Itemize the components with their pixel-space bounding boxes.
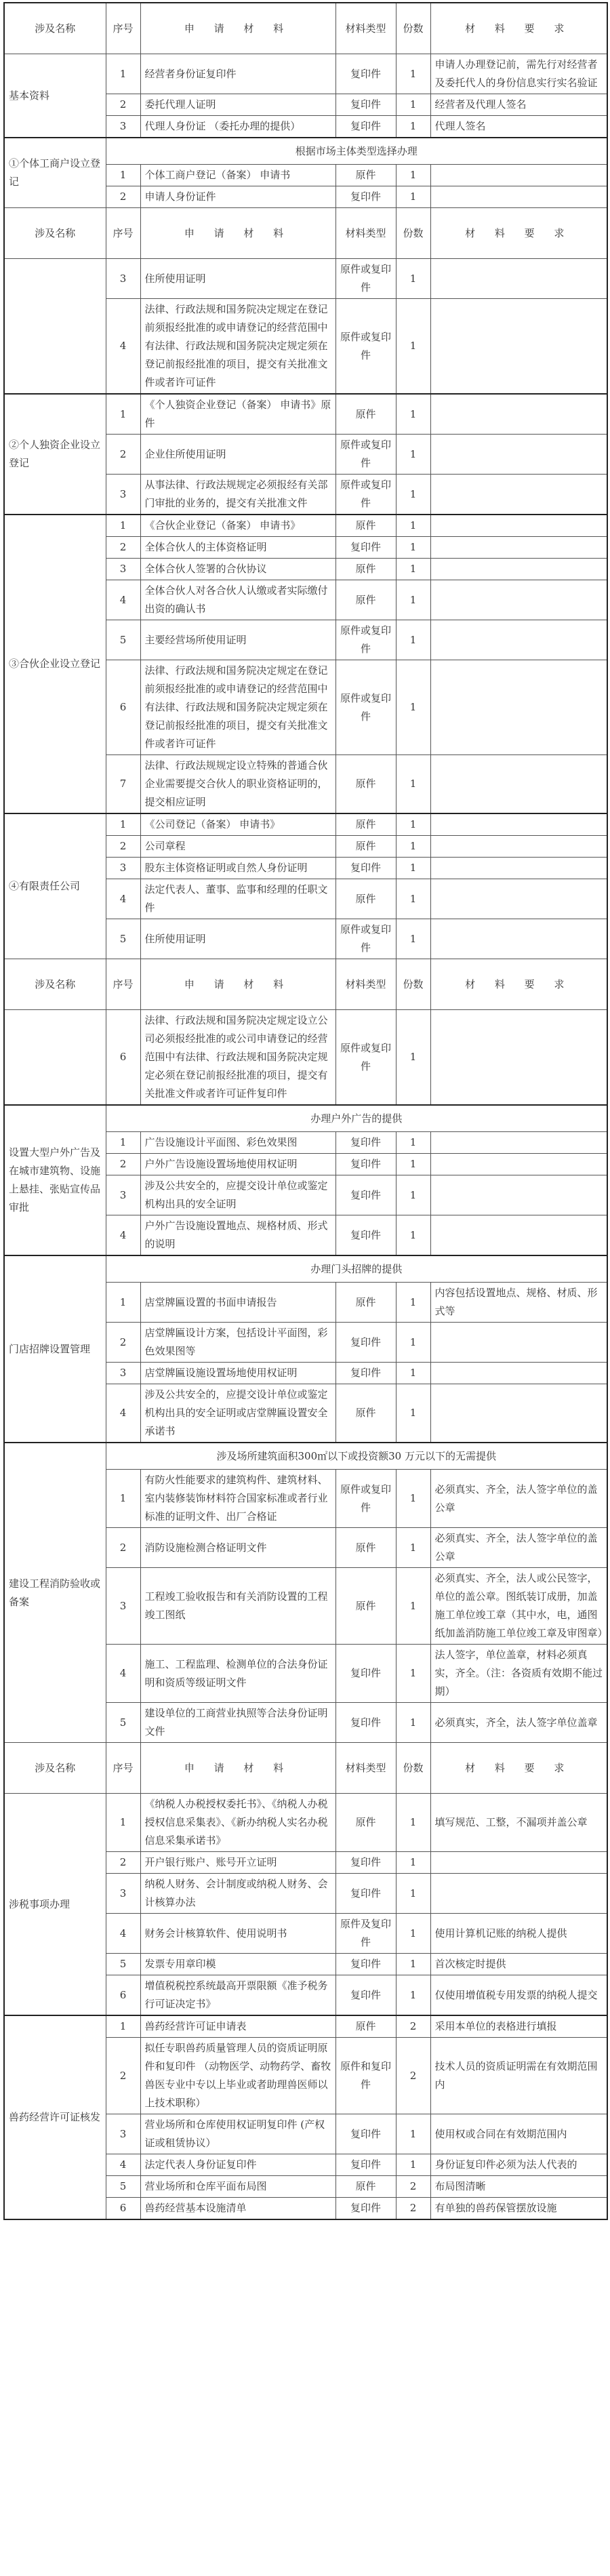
row-number: 2 <box>106 186 140 208</box>
row-number: 2 <box>106 1323 140 1363</box>
section-note: 根据市场主体类型选择办理 <box>106 138 607 165</box>
material-requirement: 采用本单位的表格进行填报 <box>430 2015 607 2038</box>
row-number: 2 <box>106 435 140 475</box>
material-type: 复印件 <box>335 186 396 208</box>
row-number: 1 <box>106 1283 140 1323</box>
row-number: 6 <box>106 1010 140 1106</box>
copy-count: 2 <box>396 2038 430 2114</box>
copy-count: 1 <box>396 1175 430 1215</box>
material-name: 代理人身份证 （委托办理的提供） <box>140 116 335 138</box>
material-requirement <box>430 1132 607 1154</box>
section-name-blank <box>4 259 106 395</box>
material-type: 原件及复印件 <box>335 1914 396 1954</box>
row-number: 1 <box>106 165 140 186</box>
copy-count: 1 <box>396 580 430 620</box>
material-requirement: 必须真实、齐全，法人签字单位的盖公章 <box>430 1470 607 1528</box>
row-number: 3 <box>106 559 140 580</box>
row-number: 3 <box>106 1363 140 1384</box>
row-number: 3 <box>106 2114 140 2154</box>
table-row: 3住所使用证明原件或复印件1 <box>4 259 607 299</box>
material-name: 发票专用章印模 <box>140 1954 335 1975</box>
material-type: 复印件 <box>335 1175 396 1215</box>
material-name: 户外广告设施设置地点、规格材质、形式的说明 <box>140 1215 335 1256</box>
row-number: 2 <box>106 836 140 858</box>
row-number: 2 <box>106 94 140 116</box>
material-requirement: 必须真实、齐全，法人或公民签字，单位的盖公章。图纸装订成册，加盖施工单位竣工章（… <box>430 1568 607 1645</box>
row-number: 2 <box>106 2038 140 2114</box>
copy-count: 1 <box>396 54 430 94</box>
material-requirement <box>430 858 607 879</box>
section-note-row: 门店招牌设置管理办理门头招牌的提供 <box>4 1255 607 1283</box>
material-name: 财务会计核算软件、使用说明书 <box>140 1914 335 1954</box>
material-requirement: 经营者及代理人签名 <box>430 94 607 116</box>
material-type: 复印件 <box>335 858 396 879</box>
copy-count: 1 <box>396 1283 430 1323</box>
material-requirement <box>430 580 607 620</box>
material-type: 原件或复印件 <box>335 919 396 959</box>
row-number: 6 <box>106 1975 140 2016</box>
material-name: 营业场所和仓库使用权证明复印件 (产权证或租赁协议） <box>140 2114 335 2154</box>
material-name: 《纳税人办税授权委托书》、《纳税人办税授权信息采集表》、《新办纳税人实名办税信息… <box>140 1794 335 1852</box>
material-type: 原件或复印件 <box>335 620 396 660</box>
header-material: 申 请 材 料 <box>140 959 335 1010</box>
material-requirement: 必须真实、齐全，法人签字单位的盖公章 <box>430 1528 607 1568</box>
material-requirement: 有单独的兽药保管摆放设施 <box>430 2198 607 2220</box>
row-number: 3 <box>106 1874 140 1914</box>
material-name: 个体工商户登记（备案） 申请书 <box>140 165 335 186</box>
material-name: 有防火性能要求的建筑构件、建筑材料、室内装修装饰材料符合国家标准或者行业标准的证… <box>140 1470 335 1528</box>
material-requirement: 填写规范、工整，不漏项并盖公章 <box>430 1794 607 1852</box>
material-type: 原件或复印件 <box>335 1470 396 1528</box>
row-number: 6 <box>106 660 140 755</box>
material-type: 复印件 <box>335 1154 396 1175</box>
material-type: 复印件 <box>335 1132 396 1154</box>
material-type: 原件 <box>335 165 396 186</box>
row-number: 1 <box>106 515 140 537</box>
table-row: ②个人独资企业设立登记1《个人独资企业登记（备案） 申请书》原件原件1 <box>4 394 607 435</box>
table-header-row: 涉及名称 序号 申 请 材 料 材料类型 份数 材 料 要 求 <box>4 208 607 259</box>
header-type: 材料类型 <box>335 959 396 1010</box>
material-name: 纳税人财务、会计制度或纳税人财务、会计核算办法 <box>140 1874 335 1914</box>
section-name: 门店招牌设置管理 <box>4 1255 106 1443</box>
copy-count: 1 <box>396 1215 430 1256</box>
material-type: 复印件 <box>335 1954 396 1975</box>
table-row: 基本资料1经营者身份证复印件复印件1申请人办理登记前，需先行对经营者及委托代人的… <box>4 54 607 94</box>
material-requirement <box>430 1215 607 1256</box>
row-number: 4 <box>106 580 140 620</box>
row-number: 3 <box>106 116 140 138</box>
header-name: 涉及名称 <box>4 1743 106 1794</box>
row-number: 3 <box>106 1568 140 1645</box>
material-requirement <box>430 1852 607 1874</box>
material-requirement <box>430 620 607 660</box>
row-number: 1 <box>106 394 140 435</box>
material-name: 《合伙企业登记（备案） 申请书》 <box>140 515 335 537</box>
material-name: 《个人独资企业登记（备案） 申请书》原件 <box>140 394 335 435</box>
material-requirement <box>430 186 607 208</box>
material-requirement: 代理人签名 <box>430 116 607 138</box>
material-requirement <box>430 660 607 755</box>
material-name: 委托代理人证明 <box>140 94 335 116</box>
table-header-row: 涉及名称 序号 申 请 材 料 材料类型 份数 材 料 要 求 <box>4 1743 607 1794</box>
material-requirement <box>430 879 607 919</box>
section-name-blank <box>4 1010 106 1106</box>
table-header-row: 涉及名称 序号 申 请 材 料 材料类型 份数 材 料 要 求 <box>4 3 607 54</box>
copy-count: 1 <box>396 259 430 299</box>
material-type: 复印件 <box>335 1703 396 1743</box>
copy-count: 1 <box>396 755 430 814</box>
copy-count: 1 <box>396 1384 430 1443</box>
copy-count: 1 <box>396 1010 430 1106</box>
material-type: 原件 <box>335 515 396 537</box>
copy-count: 1 <box>396 813 430 836</box>
copy-count: 1 <box>396 879 430 919</box>
copy-count: 1 <box>396 1975 430 2016</box>
material-name: 住所使用证明 <box>140 259 335 299</box>
material-requirement: 首次核定时提供 <box>430 1954 607 1975</box>
row-number: 2 <box>106 1528 140 1568</box>
row-number: 4 <box>106 299 140 395</box>
material-requirement <box>430 299 607 395</box>
material-name: 施工、工程监理、检测单位的合法身份证明和资质等级证明文件 <box>140 1645 335 1703</box>
table-row: 涉税事项办理1《纳税人办税授权委托书》、《纳税人办税授权信息采集表》、《新办纳税… <box>4 1794 607 1852</box>
header-qty: 份数 <box>396 208 430 259</box>
row-number: 2 <box>106 1154 140 1175</box>
material-requirement <box>430 813 607 836</box>
section-note: 办理门头招牌的提供 <box>106 1255 607 1283</box>
row-number: 1 <box>106 813 140 836</box>
row-number: 1 <box>106 1132 140 1154</box>
section-note: 涉及场所建筑面积300㎡以下或投资额30 万元以下的无需提供 <box>106 1443 607 1470</box>
material-type: 复印件 <box>335 1645 396 1703</box>
header-material: 申 请 材 料 <box>140 1743 335 1794</box>
material-type: 原件 <box>335 559 396 580</box>
material-type: 原件 <box>335 580 396 620</box>
header-material: 申 请 材 料 <box>140 3 335 54</box>
material-name: 涉及公共安全的，应提交设计单位或鉴定机构出具的安全证明或店堂牌匾设置安全承诺书 <box>140 1384 335 1443</box>
material-requirement: 申请人办理登记前，需先行对经营者及委托代人的身份信息实行实名验证 <box>430 54 607 94</box>
row-number: 2 <box>106 537 140 559</box>
material-type: 复印件 <box>335 537 396 559</box>
table-row: ③合伙企业设立登记1《合伙企业登记（备案） 申请书》原件1 <box>4 515 607 537</box>
material-requirement <box>430 919 607 959</box>
row-number: 4 <box>106 1645 140 1703</box>
row-number: 4 <box>106 1914 140 1954</box>
material-type: 复印件 <box>335 1323 396 1363</box>
material-type: 复印件 <box>335 54 396 94</box>
copy-count: 1 <box>396 1132 430 1154</box>
copy-count: 1 <box>396 1794 430 1852</box>
material-name: 全体合伙人签署的合伙协议 <box>140 559 335 580</box>
material-name: 全体合伙人对各合伙人认缴或者实际缴付出资的确认书 <box>140 580 335 620</box>
header-qty: 份数 <box>396 1743 430 1794</box>
copy-count: 1 <box>396 394 430 435</box>
material-type: 复印件 <box>335 1975 396 2016</box>
section-name: ④有限责任公司 <box>4 813 106 959</box>
material-name: 《公司登记（备案） 申请书》 <box>140 813 335 836</box>
material-requirement: 技术人员的资质证明需在有效期范围内 <box>430 2038 607 2114</box>
header-name: 涉及名称 <box>4 959 106 1010</box>
material-type: 原件和复印件 <box>335 2038 396 2114</box>
section-note-row: ①个体工商户设立登记根据市场主体类型选择办理 <box>4 138 607 165</box>
material-requirement <box>430 559 607 580</box>
header-requirement: 材 料 要 求 <box>430 3 607 54</box>
material-name: 广告设施设计平面图、彩色效果图 <box>140 1132 335 1154</box>
material-requirement: 身份证复印件必须为法人代表的 <box>430 2154 607 2176</box>
material-type: 原件 <box>335 755 396 814</box>
material-requirement <box>430 475 607 515</box>
material-name: 住所使用证明 <box>140 919 335 959</box>
material-type: 复印件 <box>335 1363 396 1384</box>
section-note-row: 建设工程消防验收或备案涉及场所建筑面积300㎡以下或投资额30 万元以下的无需提… <box>4 1443 607 1470</box>
copy-count: 1 <box>396 1363 430 1384</box>
material-name: 建设单位的工商营业执照等合法身份证明文件 <box>140 1703 335 1743</box>
material-type: 复印件 <box>335 116 396 138</box>
material-name: 店堂牌匾设置的书面申请报告 <box>140 1283 335 1323</box>
document-page: 涉及名称 序号 申 请 材 料 材料类型 份数 材 料 要 求 基本资料1经营者… <box>0 0 610 2223</box>
section-name: 基本资料 <box>4 54 106 138</box>
copy-count: 1 <box>396 94 430 116</box>
material-requirement <box>430 1384 607 1443</box>
copy-count: 1 <box>396 299 430 395</box>
copy-count: 1 <box>396 1874 430 1914</box>
material-name: 消防设施检测合格证明文件 <box>140 1528 335 1568</box>
copy-count: 1 <box>396 186 430 208</box>
material-name: 申请人身份证件 <box>140 186 335 208</box>
material-type: 复印件 <box>335 94 396 116</box>
material-name: 法律、行政法规和国务院决定规定在登记前须报经批准的或申请登记的经营范围中有法律、… <box>140 299 335 395</box>
copy-count: 1 <box>396 1323 430 1363</box>
copy-count: 1 <box>396 537 430 559</box>
material-name: 兽药经营基本设施清单 <box>140 2198 335 2220</box>
material-type: 原件 <box>335 836 396 858</box>
copy-count: 2 <box>396 2015 430 2038</box>
material-requirement <box>430 435 607 475</box>
material-name: 开户银行账户、账号开立证明 <box>140 1852 335 1874</box>
row-number: 7 <box>106 755 140 814</box>
header-qty: 份数 <box>396 959 430 1010</box>
material-type: 原件 <box>335 1794 396 1852</box>
material-type: 原件 <box>335 1384 396 1443</box>
material-requirement <box>430 755 607 814</box>
section-name: 建设工程消防验收或备案 <box>4 1443 106 1743</box>
material-name: 兽药经营许可证申请表 <box>140 2015 335 2038</box>
header-type: 材料类型 <box>335 3 396 54</box>
material-name: 法律、行政法规和国务院决定规定在登记前须报经批准的或申请登记的经营范围中有法律、… <box>140 660 335 755</box>
copy-count: 1 <box>396 475 430 515</box>
material-type: 原件或复印件 <box>335 660 396 755</box>
header-requirement: 材 料 要 求 <box>430 959 607 1010</box>
header-type: 材料类型 <box>335 1743 396 1794</box>
material-name: 股东主体资格证明或自然人身份证明 <box>140 858 335 879</box>
section-name: 涉税事项办理 <box>4 1794 106 2016</box>
copy-count: 2 <box>396 2176 430 2198</box>
row-number: 6 <box>106 2198 140 2220</box>
row-number: 4 <box>106 879 140 919</box>
header-qty: 份数 <box>396 3 430 54</box>
copy-count: 1 <box>396 1470 430 1528</box>
section-note-row: 设置大型户外广告及在城市建筑物、设施上悬挂、张贴宣传品审批办理户外广告的提供 <box>4 1105 607 1132</box>
copy-count: 2 <box>396 2198 430 2220</box>
material-type: 原件 <box>335 1528 396 1568</box>
material-name: 经营者身份证复印件 <box>140 54 335 94</box>
copy-count: 1 <box>396 1954 430 1975</box>
row-number: 5 <box>106 919 140 959</box>
table-row: ④有限责任公司1《公司登记（备案） 申请书》原件1 <box>4 813 607 836</box>
copy-count: 1 <box>396 1528 430 1568</box>
header-no: 序号 <box>106 1743 140 1794</box>
material-type: 复印件 <box>335 1215 396 1256</box>
copy-count: 1 <box>396 1703 430 1743</box>
section-name: ①个体工商户设立登记 <box>4 138 106 208</box>
row-number: 3 <box>106 858 140 879</box>
header-type: 材料类型 <box>335 208 396 259</box>
material-name: 全体合伙人的主体资格证明 <box>140 537 335 559</box>
row-number: 3 <box>106 259 140 299</box>
material-requirement <box>430 259 607 299</box>
copy-count: 1 <box>396 1154 430 1175</box>
row-number: 4 <box>106 1215 140 1256</box>
copy-count: 1 <box>396 435 430 475</box>
row-number: 5 <box>106 2176 140 2198</box>
header-no: 序号 <box>106 208 140 259</box>
material-name: 法律、行政法规规定设立特殊的普通合伙企业需要提交合伙人的职业资格证明的，提交相应… <box>140 755 335 814</box>
material-name: 户外广告设施设置场地使用权证明 <box>140 1154 335 1175</box>
row-number: 1 <box>106 2015 140 2038</box>
copy-count: 1 <box>396 116 430 138</box>
material-name: 主要经营场所使用证明 <box>140 620 335 660</box>
material-name: 法定代表人身份证复印件 <box>140 2154 335 2176</box>
material-requirement <box>430 1010 607 1106</box>
copy-count: 1 <box>396 836 430 858</box>
material-type: 原件或复印件 <box>335 475 396 515</box>
material-type: 原件 <box>335 394 396 435</box>
material-requirement <box>430 1175 607 1215</box>
material-requirement <box>430 1363 607 1384</box>
copy-count: 1 <box>396 515 430 537</box>
material-type: 复印件 <box>335 1852 396 1874</box>
material-type: 原件 <box>335 2015 396 2038</box>
copy-count: 1 <box>396 1645 430 1703</box>
copy-count: 1 <box>396 858 430 879</box>
copy-count: 1 <box>396 165 430 186</box>
section-name: 兽药经营许可证核发 <box>4 2015 106 2219</box>
row-number: 5 <box>106 1703 140 1743</box>
row-number: 5 <box>106 1954 140 1975</box>
material-type: 原件 <box>335 2176 396 2198</box>
copy-count: 1 <box>396 919 430 959</box>
row-number: 1 <box>106 54 140 94</box>
material-name: 工程竣工验收报告和有关消防设置的工程竣工图纸 <box>140 1568 335 1645</box>
material-requirement: 布局图清晰 <box>430 2176 607 2198</box>
material-requirement: 必须真实，齐全，法人签字单位盖章 <box>430 1703 607 1743</box>
material-type: 原件或复印件 <box>335 1010 396 1106</box>
material-requirement <box>430 836 607 858</box>
row-number: 2 <box>106 1852 140 1874</box>
material-name: 店堂牌匾设计方案，包括设计平面图，彩色效果图等 <box>140 1323 335 1363</box>
section-note: 办理户外广告的提供 <box>106 1105 607 1132</box>
material-requirement <box>430 165 607 186</box>
header-name: 涉及名称 <box>4 3 106 54</box>
copy-count: 1 <box>396 1568 430 1645</box>
material-type: 复印件 <box>335 2114 396 2154</box>
row-number: 3 <box>106 1175 140 1215</box>
material-name: 店堂牌匾设施设置场地使用权证明 <box>140 1363 335 1384</box>
material-requirement: 使用计算机记账的纳税人提供 <box>430 1914 607 1954</box>
header-no: 序号 <box>106 3 140 54</box>
table-header-row: 涉及名称 序号 申 请 材 料 材料类型 份数 材 料 要 求 <box>4 959 607 1010</box>
row-number: 1 <box>106 1470 140 1528</box>
material-name: 公司章程 <box>140 836 335 858</box>
material-name: 法定代表人、董事、监事和经理的任职文件 <box>140 879 335 919</box>
material-requirement <box>430 537 607 559</box>
material-requirement <box>430 1323 607 1363</box>
material-requirement: 法人签字，单位盖章，材料必须真实，齐全。（注：各资质有效期不能过期） <box>430 1645 607 1703</box>
row-number: 3 <box>106 475 140 515</box>
row-number: 4 <box>106 1384 140 1443</box>
header-requirement: 材 料 要 求 <box>430 208 607 259</box>
material-type: 复印件 <box>335 2198 396 2220</box>
section-name: 设置大型户外广告及在城市建筑物、设施上悬挂、张贴宣传品审批 <box>4 1105 106 1255</box>
section-name: ③合伙企业设立登记 <box>4 515 106 813</box>
material-requirement <box>430 1154 607 1175</box>
material-requirement: 内容包括设置地点、规格、材质、形式等 <box>430 1283 607 1323</box>
header-name: 涉及名称 <box>4 208 106 259</box>
table-row: 兽药经营许可证核发1兽药经营许可证申请表原件2采用本单位的表格进行填报 <box>4 2015 607 2038</box>
material-type: 原件 <box>335 813 396 836</box>
material-type: 复印件 <box>335 1874 396 1914</box>
row-number: 5 <box>106 620 140 660</box>
material-name: 营业场所和仓库平面布局图 <box>140 2176 335 2198</box>
header-requirement: 材 料 要 求 <box>430 1743 607 1794</box>
copy-count: 1 <box>396 2114 430 2154</box>
material-requirement: 仅使用增值税专用发票的纳税人提交 <box>430 1975 607 2016</box>
material-type: 原件或复印件 <box>335 259 396 299</box>
material-type: 原件 <box>335 1568 396 1645</box>
header-no: 序号 <box>106 959 140 1010</box>
material-requirement <box>430 1874 607 1914</box>
material-name: 从事法律、行政法规规定必须报经有关部门审批的业务的，提交有关批准文件 <box>140 475 335 515</box>
material-type: 原件 <box>335 1283 396 1323</box>
material-type: 原件或复印件 <box>335 299 396 395</box>
row-number: 4 <box>106 2154 140 2176</box>
copy-count: 1 <box>396 620 430 660</box>
material-name: 增值税税控系统最高开票限额《准予税务行可证决定书》 <box>140 1975 335 2016</box>
material-type: 原件 <box>335 879 396 919</box>
material-name: 法律、行政法规和国务院决定规定设立公司必须报经批准的或公司申请登记的经营范围中有… <box>140 1010 335 1106</box>
material-name: 拟任专职兽药质量管理人员的资质证明原件和复印件 （动物医学、动物药学、畜牧兽医专… <box>140 2038 335 2114</box>
header-material: 申 请 材 料 <box>140 208 335 259</box>
row-number: 1 <box>106 1794 140 1852</box>
material-type: 原件或复印件 <box>335 435 396 475</box>
material-requirement <box>430 394 607 435</box>
copy-count: 1 <box>396 1852 430 1874</box>
table-row: 6法律、行政法规和国务院决定规定设立公司必须报经批准的或公司申请登记的经营范围中… <box>4 1010 607 1106</box>
materials-table: 涉及名称 序号 申 请 材 料 材料类型 份数 材 料 要 求 基本资料1经营者… <box>3 2 608 2220</box>
copy-count: 1 <box>396 1914 430 1954</box>
copy-count: 1 <box>396 559 430 580</box>
material-requirement <box>430 515 607 537</box>
copy-count: 1 <box>396 2154 430 2176</box>
material-name: 涉及公共安全的，应提交设计单位或鉴定机构出具的安全证明 <box>140 1175 335 1215</box>
section-name: ②个人独资企业设立登记 <box>4 394 106 515</box>
material-name: 企业住所使用证明 <box>140 435 335 475</box>
material-requirement: 使用权或合同在有效期范围内 <box>430 2114 607 2154</box>
material-type: 复印件 <box>335 2154 396 2176</box>
copy-count: 1 <box>396 660 430 755</box>
